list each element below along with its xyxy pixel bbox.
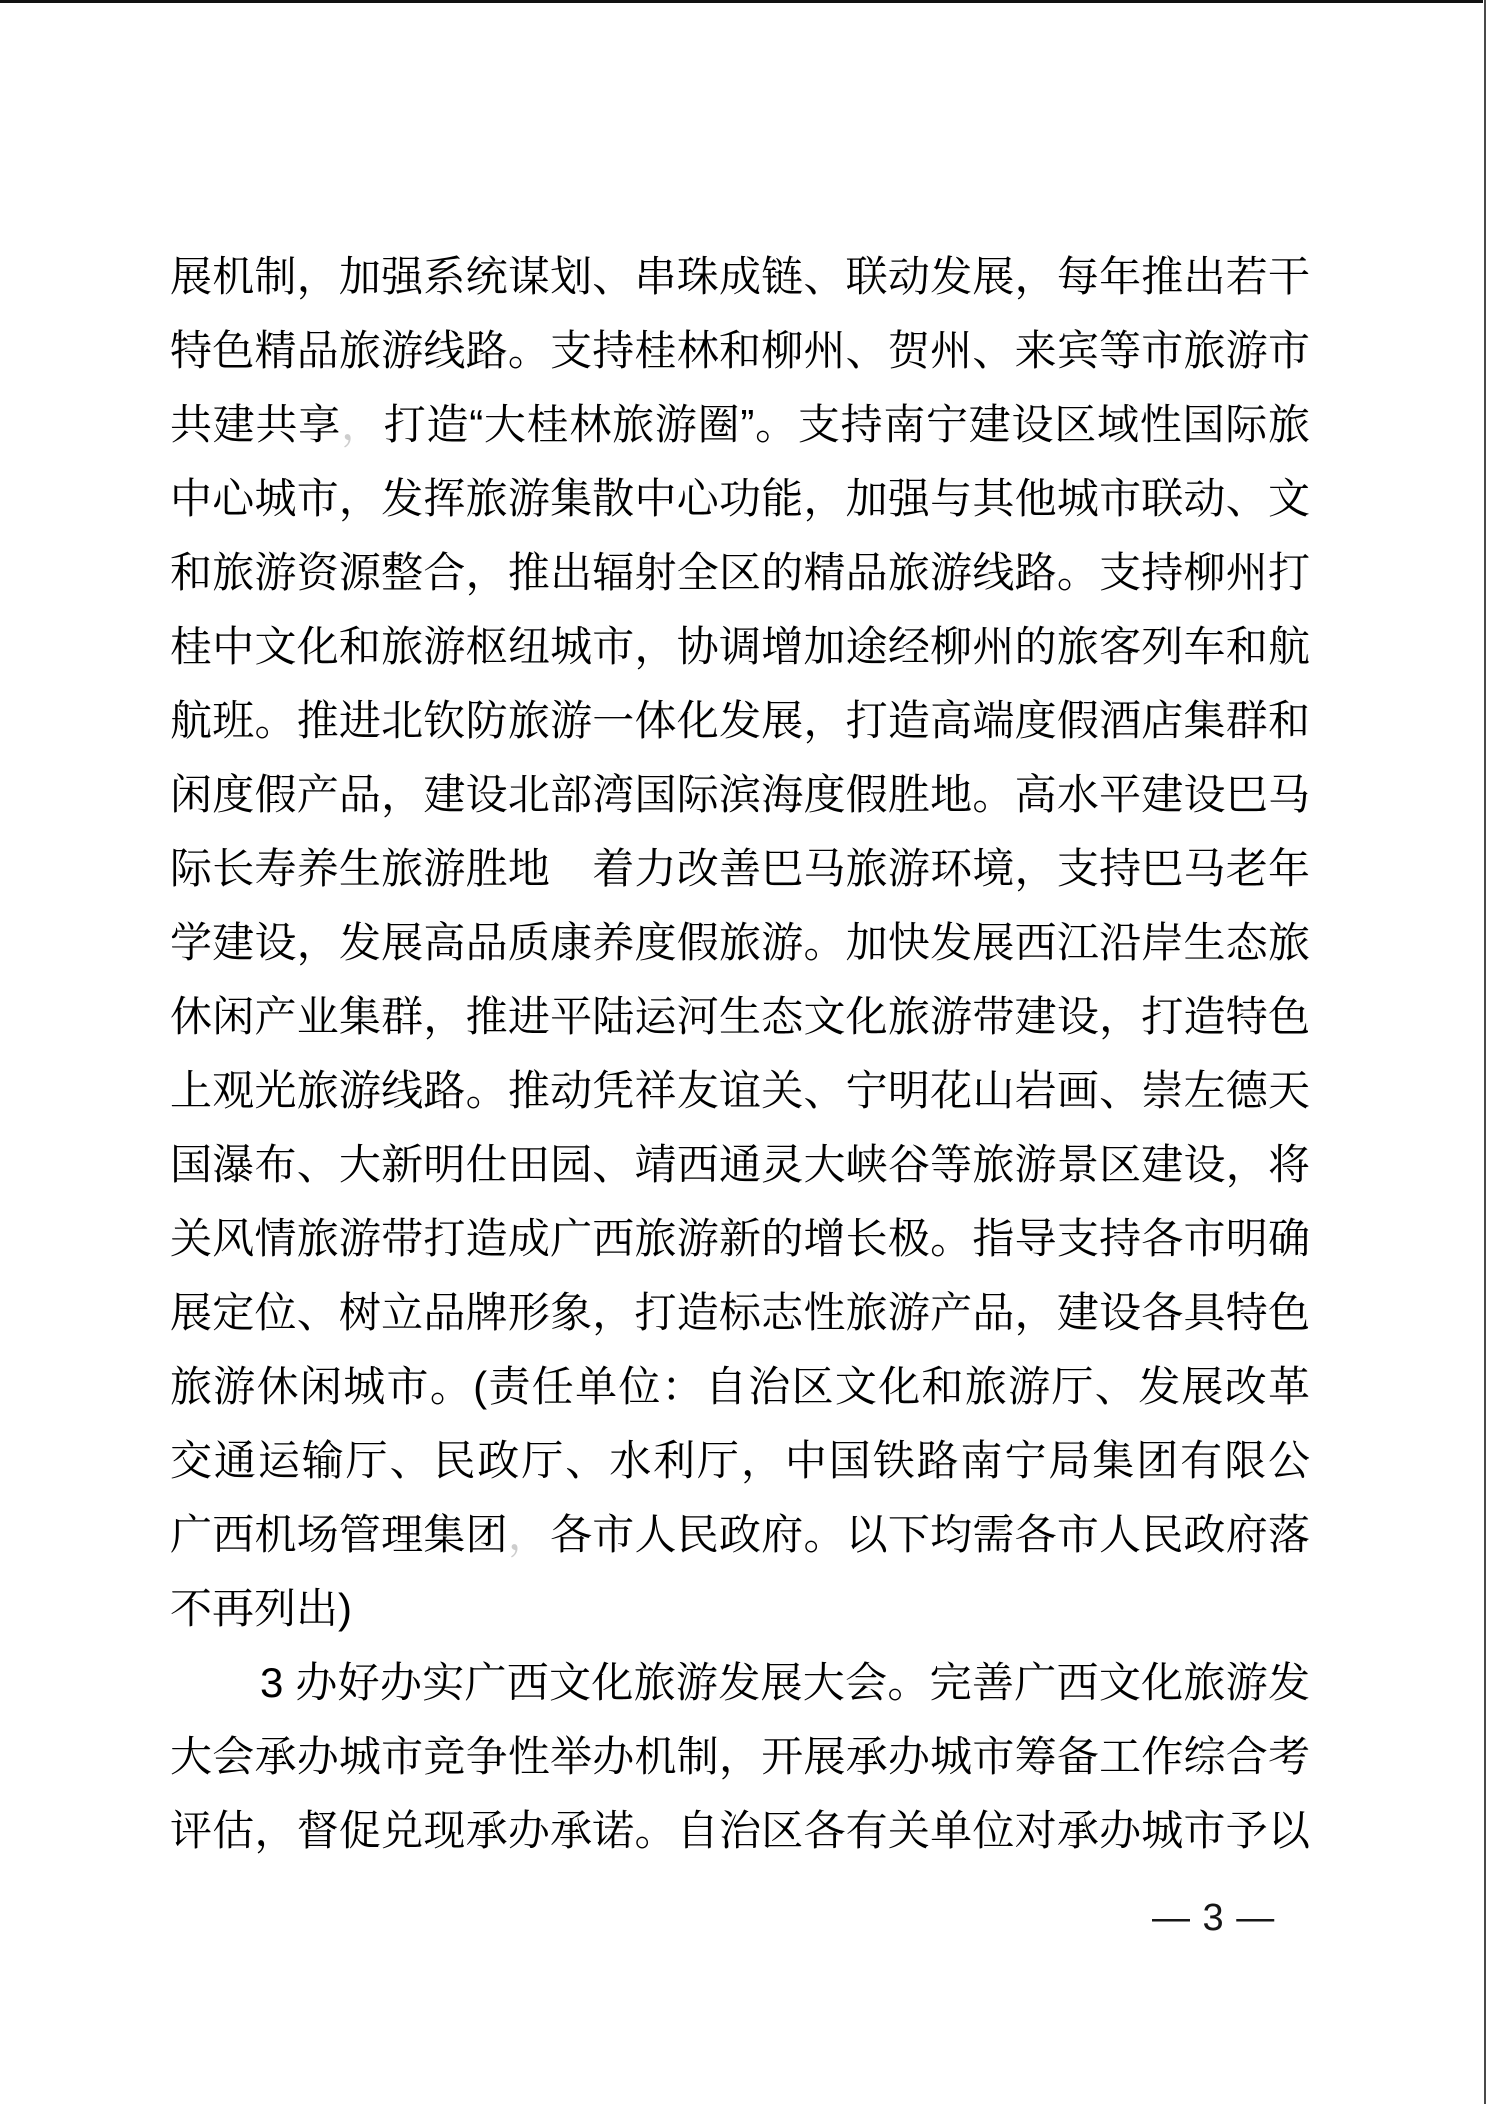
line-text: 共建共享 [170, 401, 341, 448]
text-line: 关风情旅游带打造成广西旅游新的增长极。指导支持各市明确发 [170, 1202, 1310, 1276]
text-line: 际长寿养生旅游胜地 着力改善巴马旅游环境，支持巴马老年大 [170, 832, 1310, 906]
scan-artifact-right-edge [1484, 0, 1486, 2104]
text-line: 闲度假产品，建设北部湾国际滨海度假胜地。高水平建设巴马国 [170, 758, 1310, 832]
text-line: 特色精品旅游线路。支持桂林和柳州、贺州、来宾等市旅游市场 [170, 314, 1310, 388]
scan-artifact-top-edge [0, 0, 1483, 3]
text-line: 评估，督促兑现承办承诺。自治区各有关单位对承办城市予以重 [170, 1794, 1310, 1868]
text-line: 休闲产业集群，推进平陆运河生态文化旅游带建设，打造特色水 [170, 980, 1310, 1054]
page-number: — 3 — [1152, 1898, 1275, 1938]
text-line: 展机制，加强系统谋划、串珠成链、联动发展，每年推出若干条 [170, 240, 1310, 314]
text-line: 国瀑布、大新明仕田园、靖西通灵大峡谷等旅游景区建设，将边 [170, 1128, 1310, 1202]
faint-comma: ， [341, 401, 384, 448]
text-line: 旅游休闲城市。(责任单位：自治区文化和旅游厅、发展改革委、 [170, 1350, 1310, 1424]
text-line-paragraph-start: 3 办好办实广西文化旅游发展大会。完善广西文化旅游发展 [170, 1646, 1310, 1720]
text-line: 展定位、树立品牌形象，打造标志性旅游产品，建设各具特色的 [170, 1276, 1310, 1350]
text-line: 中心城市，发挥旅游集散中心功能，加强与其他城市联动、文化 [170, 462, 1310, 536]
document-body: 展机制，加强系统谋划、串珠成链、联动发展，每年推出若干条 特色精品旅游线路。支持… [170, 240, 1310, 1868]
text-line: 学建设，发展高品质康养度假旅游。加快发展西江沿岸生态旅游 [170, 906, 1310, 980]
text-line: 交通运输厅、民政厅、水利厅，中国铁路南宁局集团有限公司， [170, 1424, 1310, 1498]
text-line: 和旅游资源整合，推出辐射全区的精品旅游线路。支持柳州打造 [170, 536, 1310, 610]
text-line: 大会承办城市竞争性举办机制，开展承办城市筹备工作综合考核 [170, 1720, 1310, 1794]
text-line: 上观光旅游线路。推动凭祥友谊关、宁明花山岩画、崇左德天跨 [170, 1054, 1310, 1128]
text-line: 共建共享，打造“大桂林旅游圈”。支持南宁建设区域性国际旅游 [170, 388, 1310, 462]
text-line: 桂中文化和旅游枢纽城市，协调增加途经柳州的旅客列车和航线 [170, 610, 1310, 684]
text-line: 不再列出) [170, 1572, 1310, 1646]
line-text: 交通运输厅、民政厅、水利厅，中国铁路南宁局集团有限公司 [170, 1437, 1310, 1498]
faint-comma: ， [508, 1511, 550, 1558]
text-line: 广西机场管理集团，各市人民政府。以下均需各市人民政府落实， [170, 1498, 1310, 1572]
line-text: 广西机场管理集团 [170, 1511, 508, 1558]
text-line: 航班。推进北钦防旅游一体化发展，打造高端度假酒店集群和休 [170, 684, 1310, 758]
